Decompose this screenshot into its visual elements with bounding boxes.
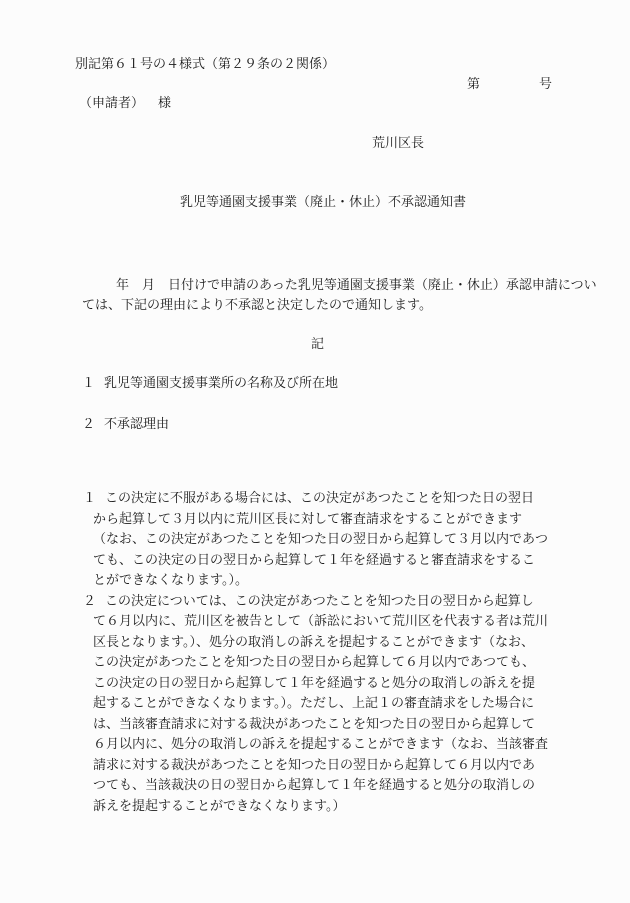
note-1-line: （なお、この決定があつたことを知つた日の翌日から起算して３月以内であつ: [83, 530, 548, 551]
document-number-prefix: 第: [467, 77, 480, 93]
document-title: 乳児等通園支援事業（廃止・休止）不承認通知書: [180, 195, 466, 211]
note-2-line: 訴えを提起することができなくなります。）: [83, 797, 548, 818]
note-2-line: この決定の日の翌日から起算して１年を経過すると処分の取消しの訴えを提: [83, 674, 548, 695]
document-number-suffix: 号: [539, 77, 552, 93]
item-number: １: [82, 376, 104, 392]
note-2-line: 起することができなくなります。）。ただし、上記１の審査請求をした場合に: [83, 694, 548, 715]
note-2-line: 区長となります。）、処分の取消しの訴えを提起することができます（なお、: [83, 633, 548, 654]
note-number: ２: [83, 592, 105, 613]
ki-heading: 記: [311, 337, 324, 353]
note-2-line: ２この決定については、この決定があつたことを知つた日の翌日から起算し: [83, 592, 548, 613]
note-2-line: ６月以内に、処分の取消しの訴えを提起することができます（なお、当該審査: [83, 735, 548, 756]
note-1-line: ても、この決定の日の翌日から起算して１年を経過すると審査請求をするこ: [83, 551, 548, 572]
item-rejection-reason: ２不承認理由: [82, 417, 169, 433]
note-2-line: て６月以内に、荒川区を被告として（訴訟において荒川区を代表する者は荒川: [83, 612, 548, 633]
form-header: 別記第６１号の４様式（第２９条の２関係）: [75, 57, 335, 73]
note-2-line: は、当該審査請求に対する裁決があつたことを知つた日の翌日から起算して: [83, 715, 548, 736]
note-text: この決定に不服がある場合には、この決定があつたことを知つた日の翌日: [105, 491, 534, 506]
note-2-line: この決定があつたことを知つた日の翌日から起算して６月以内であつても、: [83, 653, 548, 674]
item-label: 乳児等通園支援事業所の名称及び所在地: [104, 376, 338, 391]
applicant-honorific: 様: [158, 96, 171, 112]
note-text: この決定については、この決定があつたことを知つた日の翌日から起算し: [105, 594, 534, 609]
body-line: ては、下記の理由により不承認と決定したので通知します。: [82, 296, 597, 316]
note-1-line: から起算して３月以内に荒川区長に対して審査請求をすることができます: [83, 510, 548, 531]
applicant-label: （申請者）: [79, 96, 144, 111]
note-2-line: 請求に対する裁決があつたことを知つた日の翌日から起算して６月以内であ: [83, 756, 548, 777]
body-paragraph: 年 月 日付けで申請のあった乳児等通園支援事業（廃止・休止）承認申請につい ては…: [82, 276, 597, 316]
notes-section: １この決定に不服がある場合には、この決定があつたことを知つた日の翌日 から起算し…: [83, 489, 548, 817]
issuer: 荒川区長: [372, 136, 424, 152]
item-label: 不承認理由: [104, 417, 169, 432]
applicant-line: （申請者）様: [79, 96, 171, 112]
note-1-line: とができなくなります。）。: [83, 571, 548, 592]
item-number: ２: [82, 417, 104, 433]
body-line: 年 月 日付けで申請のあった乳児等通園支援事業（廃止・休止）承認申請につい: [82, 276, 597, 296]
note-number: １: [83, 489, 105, 510]
note-2-line: つても、当該裁決の日の翌日から起算して１年を経過すると処分の取消しの: [83, 776, 548, 797]
note-1-line: １この決定に不服がある場合には、この決定があつたことを知つた日の翌日: [83, 489, 548, 510]
item-facility-name-address: １乳児等通園支援事業所の名称及び所在地: [82, 376, 338, 392]
